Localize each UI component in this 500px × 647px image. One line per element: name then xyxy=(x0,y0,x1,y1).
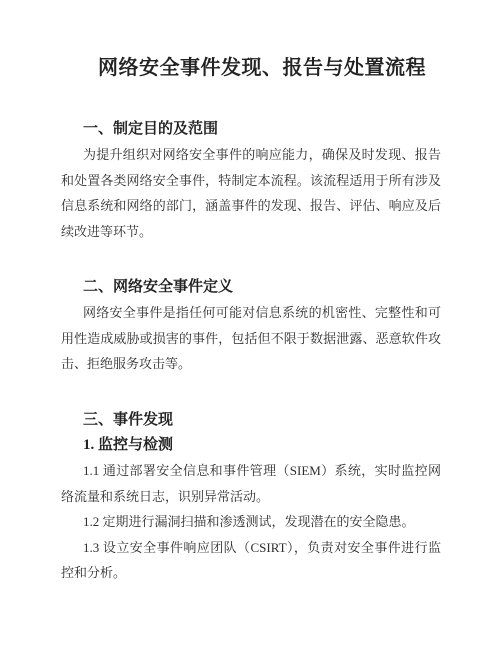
section-heading-purpose-and-scope: 一、制定目的及范围 xyxy=(61,117,441,142)
section-purpose-and-scope: 一、制定目的及范围 为提升组织对网络安全事件的响应能力，确保及时发现、报告和处置… xyxy=(61,117,441,244)
paragraph-item-1-1: 1.1 通过部署安全信息和事件管理（SIEM）系统，实时监控网络流量和系统日志，… xyxy=(61,458,441,509)
section-heading-incident-definition: 二、网络安全事件定义 xyxy=(61,275,441,300)
paragraph-item-1-2: 1.2 定期进行漏洞扫描和渗透测试，发现潜在的安全隐患。 xyxy=(61,509,441,534)
section-incident-discovery: 三、事件发现 1. 监控与检测 1.1 通过部署安全信息和事件管理（SIEM）系… xyxy=(61,408,441,586)
section-heading-incident-discovery: 三、事件发现 xyxy=(61,408,441,433)
subheading-monitoring-and-detection: 1. 监控与检测 xyxy=(61,433,441,458)
paragraph-incident-definition: 网络安全事件是指任何可能对信息系统的机密性、完整性和可用性造成威胁或损害的事件，… xyxy=(61,300,441,376)
document-title: 网络安全事件发现、报告与处置流程 xyxy=(61,55,441,81)
paragraph-item-1-3: 1.3 设立安全事件响应团队（CSIRT），负责对安全事件进行监控和分析。 xyxy=(61,535,441,586)
document-page: 网络安全事件发现、报告与处置流程 一、制定目的及范围 为提升组织对网络安全事件的… xyxy=(0,0,500,647)
section-incident-definition: 二、网络安全事件定义 网络安全事件是指任何可能对信息系统的机密性、完整性和可用性… xyxy=(61,275,441,377)
paragraph-purpose-and-scope: 为提升组织对网络安全事件的响应能力，确保及时发现、报告和处置各类网络安全事件，特… xyxy=(61,142,441,244)
